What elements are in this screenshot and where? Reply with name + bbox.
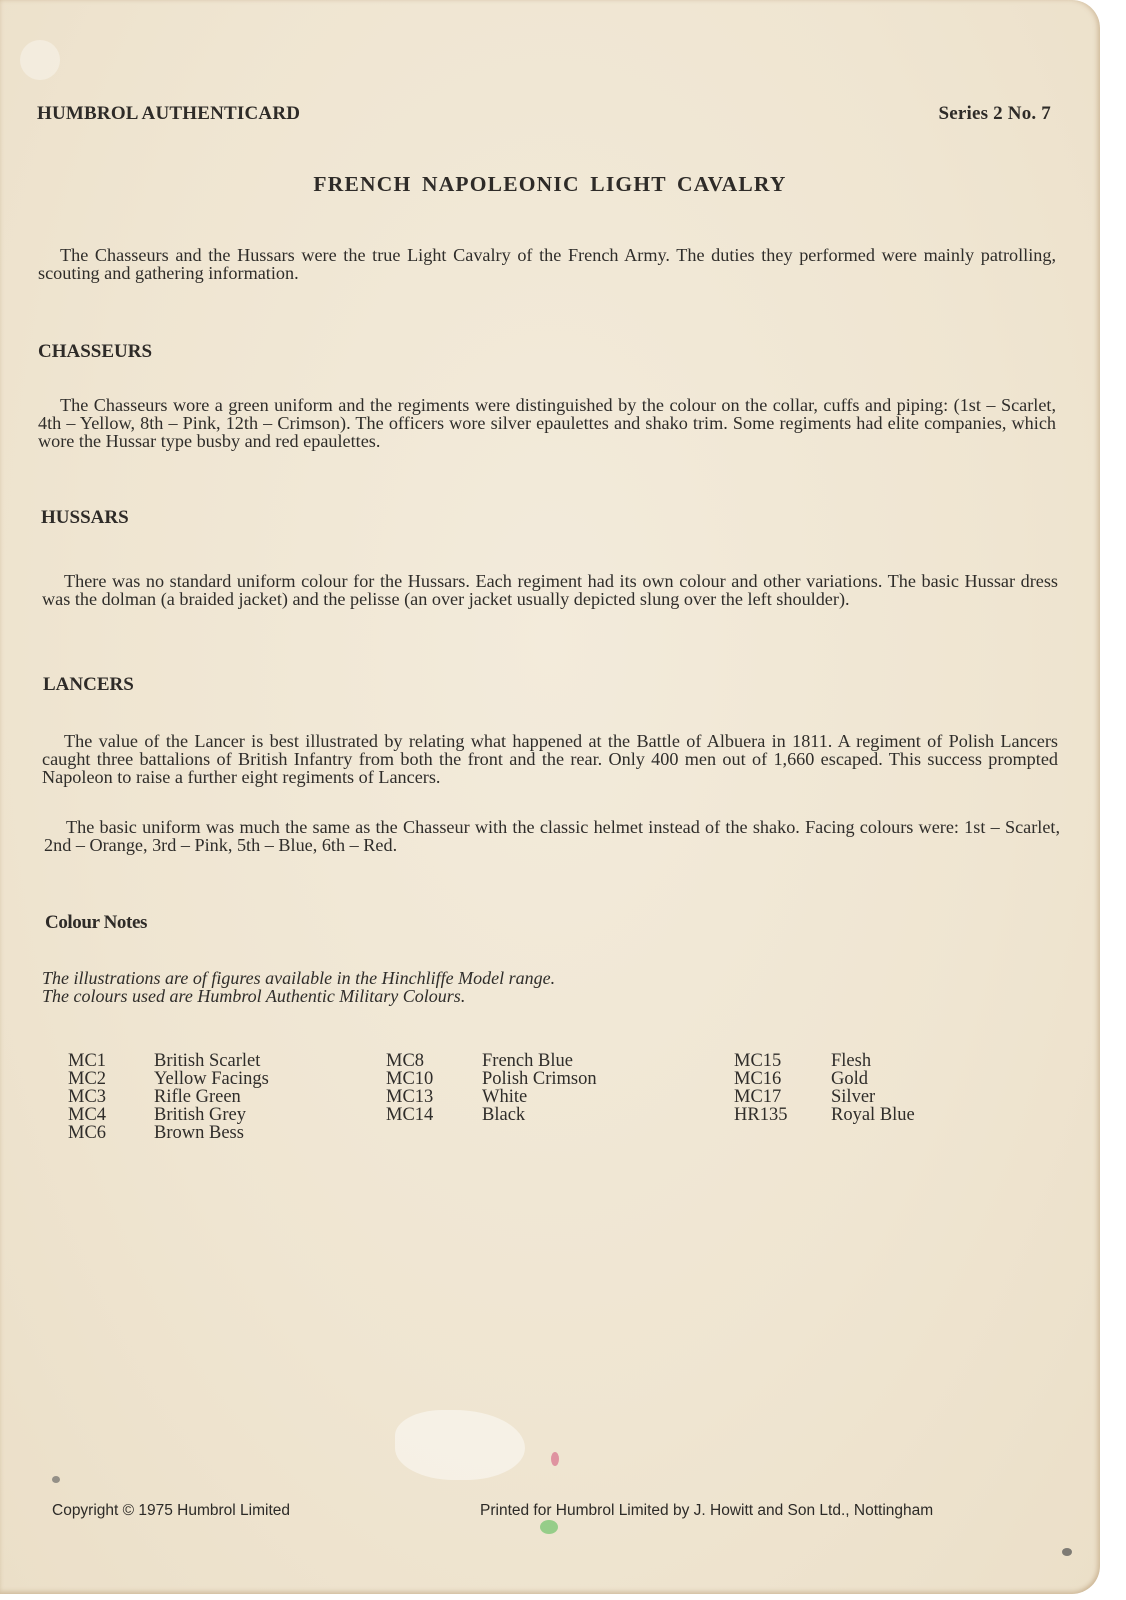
paint-name: Silver	[831, 1088, 875, 1106]
section-heading-chasseurs: CHASSEURS	[38, 341, 152, 363]
intro-paragraph: The Chasseurs and the Hussars were the t…	[38, 246, 1056, 282]
printer-credit: Printed for Humbrol Limited by J. Howitt…	[480, 1502, 933, 1520]
paint-name: Black	[482, 1106, 525, 1124]
publisher-label: HUMBROL AUTHENTICARD	[37, 103, 300, 125]
chasseurs-paragraph: The Chasseurs wore a green uniform and t…	[38, 396, 1056, 450]
pink-ink-mark	[551, 1452, 559, 1466]
paint-code: MC4	[68, 1106, 154, 1124]
paint-column-1: MC1British Scarlet MC2Yellow Facings MC3…	[68, 1052, 269, 1142]
paint-name: French Blue	[482, 1052, 573, 1070]
paint-code: MC10	[386, 1070, 482, 1088]
green-ink-mark	[540, 1520, 558, 1534]
paint-entry: MC14Black	[386, 1106, 597, 1124]
paint-entry: MC13White	[386, 1088, 597, 1106]
hussars-paragraph: There was no standard uniform colour for…	[42, 572, 1058, 608]
paint-code: HR135	[734, 1106, 831, 1124]
grey-spot	[52, 1476, 60, 1483]
paint-name: Royal Blue	[831, 1106, 915, 1124]
paint-name: Flesh	[831, 1052, 871, 1070]
paint-entry: MC16Gold	[734, 1070, 915, 1088]
paint-name: British Grey	[154, 1106, 246, 1124]
paint-name: Rifle Green	[154, 1088, 241, 1106]
paint-code: MC14	[386, 1106, 482, 1124]
paper-scuff	[395, 1410, 525, 1480]
paint-column-3: MC15Flesh MC16Gold MC17Silver HR135Royal…	[734, 1052, 915, 1124]
colour-notes-line-2: The colours used are Humbrol Authentic M…	[42, 987, 465, 1005]
paint-column-2: MC8French Blue MC10Polish Crimson MC13Wh…	[386, 1052, 597, 1124]
paint-name: Polish Crimson	[482, 1070, 597, 1088]
lancers-paragraph-2: The basic uniform was much the same as t…	[44, 818, 1060, 854]
paint-code: MC16	[734, 1070, 831, 1088]
lancers-paragraph-1: The value of the Lancer is best illustra…	[42, 732, 1058, 786]
paint-code: MC6	[68, 1124, 154, 1142]
paint-code: MC1	[68, 1052, 154, 1070]
paper-scuff	[20, 40, 60, 80]
paint-entry: MC6Brown Bess	[68, 1124, 269, 1142]
paint-entry: HR135Royal Blue	[734, 1106, 915, 1124]
paint-name: British Scarlet	[154, 1052, 260, 1070]
copyright-notice: Copyright © 1975 Humbrol Limited	[52, 1502, 290, 1520]
paint-entry: MC10Polish Crimson	[386, 1070, 597, 1088]
colour-notes-line-1: The illustrations are of figures availab…	[42, 969, 555, 987]
paint-name: Gold	[831, 1070, 868, 1088]
paint-name: Brown Bess	[154, 1124, 244, 1142]
paint-code: MC3	[68, 1088, 154, 1106]
paint-entry: MC4British Grey	[68, 1106, 269, 1124]
paint-code: MC8	[386, 1052, 482, 1070]
section-heading-lancers: LANCERS	[43, 674, 134, 696]
grey-spot	[1062, 1548, 1072, 1556]
colour-notes-heading: Colour Notes	[45, 912, 147, 934]
paint-entry: MC1British Scarlet	[68, 1052, 269, 1070]
paint-entry: MC17Silver	[734, 1088, 915, 1106]
paint-code: MC2	[68, 1070, 154, 1088]
paint-entry: MC8French Blue	[386, 1052, 597, 1070]
authenticard-page: HUMBROL AUTHENTICARD Series 2 No. 7 FREN…	[0, 0, 1100, 1594]
paint-entry: MC2Yellow Facings	[68, 1070, 269, 1088]
paint-entry: MC3Rifle Green	[68, 1088, 269, 1106]
paint-code: MC15	[734, 1052, 831, 1070]
paint-code: MC13	[386, 1088, 482, 1106]
paint-name: Yellow Facings	[154, 1070, 269, 1088]
series-number: Series 2 No. 7	[938, 103, 1051, 125]
section-heading-hussars: HUSSARS	[41, 507, 129, 529]
page-title: FRENCH NAPOLEONIC LIGHT CAVALRY	[0, 172, 1100, 197]
paint-name: White	[482, 1088, 527, 1106]
paint-code: MC17	[734, 1088, 831, 1106]
paint-entry: MC15Flesh	[734, 1052, 915, 1070]
